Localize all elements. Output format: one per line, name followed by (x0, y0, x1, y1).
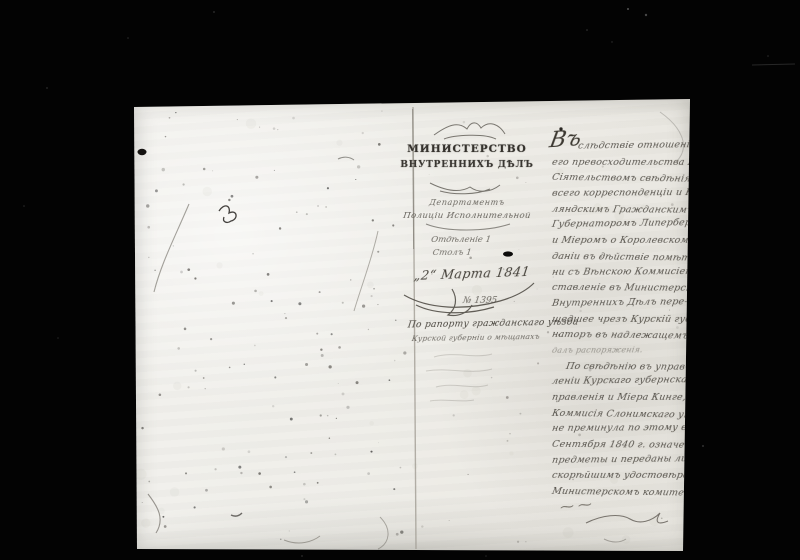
handwritten-line: и Міеромъ о Королевскомъ под- (551, 233, 694, 249)
handwritten-line: его превосходительства Вашимъ (551, 155, 694, 171)
department-line2: Полиціи Исполнительной (402, 211, 531, 221)
handwritten-line: всего корреспонденціи и Кур- (551, 185, 694, 202)
ink-dash (231, 513, 242, 516)
ministry-name-line1: МИНИСТЕРСТВО (407, 143, 527, 155)
desk-line: Столъ 1 (432, 248, 472, 258)
document-spread: МИНИСТЕРСТВО ВНУТРЕННИХЪ ДѢЛЪ Департамен… (134, 99, 690, 551)
handwritten-line: Губернаторомъ Липербергъ (551, 216, 694, 233)
hair-fiber (378, 517, 388, 549)
handwritten-line: слѣдствіе отношенія (551, 137, 694, 154)
handwritten-line: леніи Курскаго губернскаго (551, 373, 694, 390)
bleed-through-ghosts (426, 354, 492, 401)
hair-fiber (354, 231, 378, 311)
faint-edge-line (752, 64, 795, 65)
hair-fiber (154, 204, 189, 292)
archival-scan-photo: МИНИСТЕРСТВО ВНУТРЕННИХЪ ДѢЛЪ Департамен… (0, 0, 800, 560)
handwritten-line: правленія и Міера Кинге, (551, 390, 694, 406)
document-number: № 1395 (462, 296, 498, 306)
letter-body: Въ слѣдствіе отношеніяего превосходитель… (552, 139, 692, 500)
hair-fiber (148, 494, 160, 533)
handwritten-line: далъ распоряженія. (551, 342, 694, 359)
ink-blob (138, 149, 147, 155)
department-line1: Департаментъ (429, 198, 506, 207)
ministry-name-line2: ВНУТРЕННИХЪ ДѢЛЪ (400, 160, 533, 170)
handwritten-line: Внутреннихъ Дѣлъ пере- (551, 294, 694, 311)
ink-squiggle (219, 206, 236, 223)
hair-fiber (284, 536, 320, 543)
ink-blob (503, 251, 513, 256)
handwritten-lines: слѣдствіе отношеніяего превосходительств… (552, 139, 692, 500)
letterhead-flourish-top (434, 123, 505, 139)
handwritten-line: шедшее чрезъ Курскій губер- (551, 312, 694, 328)
section-line: Отдѣленіе 1 (430, 235, 491, 245)
ink-dash (338, 157, 354, 160)
handwritten-line: не преминула по этому въ (551, 421, 694, 438)
handwritten-line: ни съ Вѣнскою Коммисіею пред- (551, 264, 694, 281)
department-underline (426, 224, 510, 230)
handwritten-line: предметы и переданы лицу (551, 451, 694, 468)
letterhead-flourish-bottom (430, 183, 500, 194)
handwritten-line: скорѣйшимъ удостовѣреніемъ въ (551, 468, 694, 484)
